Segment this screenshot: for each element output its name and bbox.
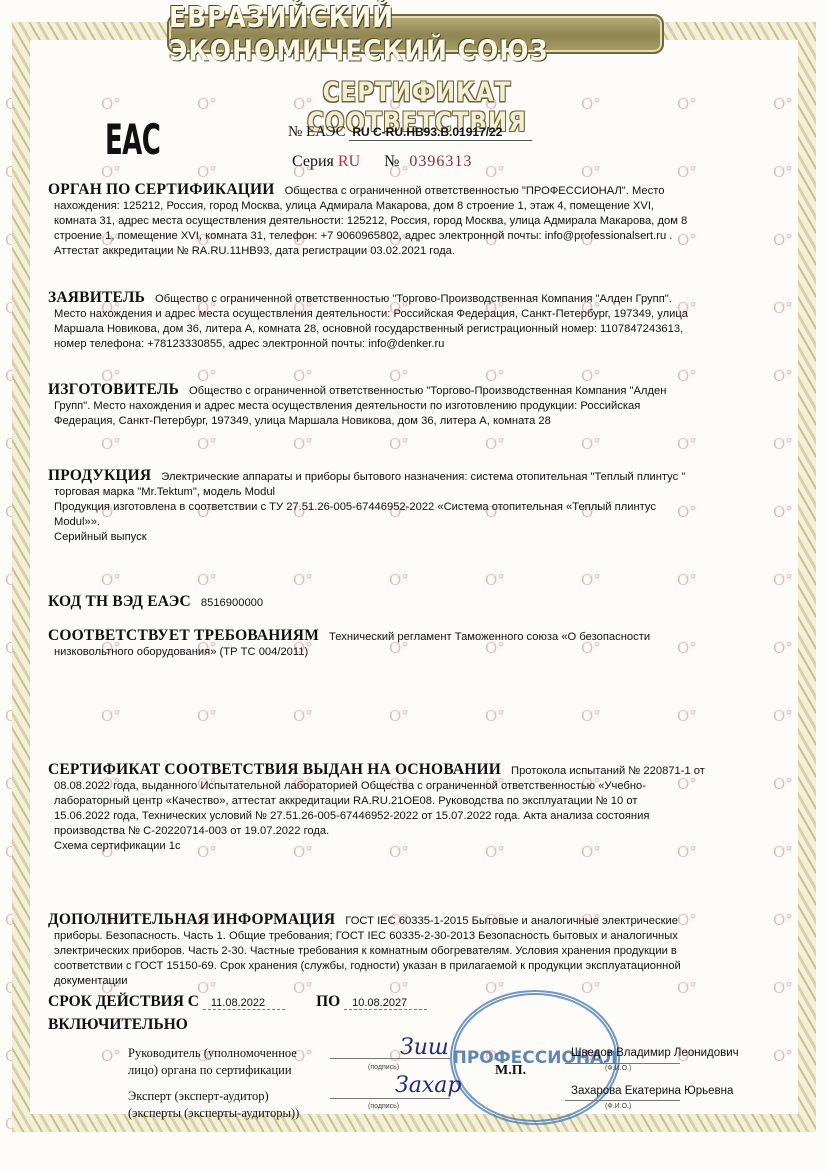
section-label: ИЗГОТОВИТЕЛЬ bbox=[48, 381, 179, 398]
section-label: ЗАЯВИТЕЛЬ bbox=[48, 289, 145, 306]
section-text: номер телефона: +78123330855, адрес элек… bbox=[48, 337, 790, 352]
section-certification-body: ОРГАН ПО СЕРТИФИКАЦИИОбщества с ограниче… bbox=[48, 182, 790, 259]
validity-to-date: 10.08.2027 bbox=[344, 997, 427, 1010]
head-label-line: Руководитель (уполномоченное bbox=[128, 1045, 297, 1062]
section-label: КОД ТН ВЭД ЕАЭС bbox=[48, 593, 191, 610]
head-signature: Зиш bbox=[400, 1035, 449, 1060]
registration-number: № ЕАЭС RU C-RU.НВ93.В.01917/22 bbox=[288, 124, 532, 141]
section-text: производства № С-20220714-003 от 19.07.2… bbox=[48, 824, 790, 839]
hs-code-value: 8516900000 bbox=[201, 597, 263, 609]
registration-prefix: № ЕАЭС bbox=[288, 124, 346, 140]
validity-period: СРОК ДЕЙСТВИЯ С 11.08.2022 ПО 10.08.2027… bbox=[48, 991, 427, 1035]
section-requirements: СООТВЕТСТВУЕТ ТРЕБОВАНИЯМТехнический рег… bbox=[48, 628, 790, 660]
section-text: Аттестат аккредитации № RA.RU.11НВ93, да… bbox=[48, 244, 790, 259]
registration-number-value: RU C-RU.НВ93.В.01917/22 bbox=[349, 125, 532, 141]
expert-label: Эксперт (эксперт-аудитор) (эксперты (экс… bbox=[128, 1088, 299, 1122]
section-text: Маршала Новикова, дом 36, литера А, комн… bbox=[48, 322, 790, 337]
section-text: Общества с ограниченной ответственностью… bbox=[285, 185, 665, 197]
section-text: Технический регламент Таможенного союза … bbox=[329, 631, 650, 643]
series-value: RU bbox=[338, 153, 360, 170]
section-label: ПРОДУКЦИЯ bbox=[48, 467, 151, 484]
section-text: нахождения: 125212, Россия, город Москва… bbox=[48, 199, 790, 214]
name-caption: (Ф.И.О.) bbox=[605, 1065, 631, 1072]
signature-caption: (подпись) bbox=[368, 1103, 399, 1110]
seal-label: М.П. bbox=[495, 1063, 526, 1079]
eac-mark-icon: EAC bbox=[105, 115, 160, 164]
section-hs-code: КОД ТН ВЭД ЕАЭС8516900000 bbox=[48, 594, 790, 611]
section-text: приборы. Безопасность. Часть 1. Общие тр… bbox=[48, 929, 790, 944]
section-additional-info: ДОПОЛНИТЕЛЬНАЯ ИНФОРМАЦИЯГОСТ IEC 60335-… bbox=[48, 912, 790, 989]
head-label: Руководитель (уполномоченное лицо) орган… bbox=[128, 1045, 297, 1079]
section-basis: СЕРТИФИКАТ СООТВЕТСТВИЯ ВЫДАН НА ОСНОВАН… bbox=[48, 762, 790, 854]
section-text: строение 1, помещение XVI, комната 31, т… bbox=[48, 229, 790, 244]
union-banner-text: ЕВРАЗИЙСКИЙ ЭКОНОМИЧЕСКИЙ СОЮЗ bbox=[169, 1, 662, 68]
section-text: Групп". Место нахождения и адрес места о… bbox=[48, 399, 790, 414]
section-text: лабораторный центр «Качество», аттестат … bbox=[48, 794, 790, 809]
section-text: Федерация, Санкт-Петербург, 197349, улиц… bbox=[48, 414, 790, 429]
section-text: 15.06.2022 года, Технических условий № 2… bbox=[48, 809, 790, 824]
section-text: Modul»». bbox=[48, 515, 790, 530]
head-name: Шведов Владимир Леонидович bbox=[571, 1047, 739, 1059]
expert-label-line: (эксперты (эксперты-аудиторы)) bbox=[128, 1105, 299, 1122]
head-label-line: лицо) органа по сертификации bbox=[128, 1062, 297, 1079]
section-label: ОРГАН ПО СЕРТИФИКАЦИИ bbox=[48, 181, 275, 198]
section-manufacturer: ИЗГОТОВИТЕЛЬОбщество с ограниченной отве… bbox=[48, 382, 790, 429]
union-banner: ЕВРАЗИЙСКИЙ ЭКОНОМИЧЕСКИЙ СОЮЗ bbox=[167, 14, 664, 54]
section-text: соответствии с ГОСТ 15150-69. Срок хране… bbox=[48, 959, 790, 974]
section-text: Серийный выпуск bbox=[48, 530, 790, 545]
expert-label-line: Эксперт (эксперт-аудитор) bbox=[128, 1088, 299, 1105]
section-label: ДОПОЛНИТЕЛЬНАЯ ИНФОРМАЦИЯ bbox=[48, 911, 335, 928]
form-number: 0396313 bbox=[409, 153, 472, 170]
section-text: Общество с ограниченной ответственностью… bbox=[155, 293, 672, 305]
section-applicant: ЗАЯВИТЕЛЬОбщество с ограниченной ответст… bbox=[48, 290, 790, 352]
validity-to-label: ПО bbox=[316, 993, 340, 1010]
section-text: торговая марка "Mr.Tektum", модель Modul bbox=[48, 485, 790, 500]
section-text: комната 31, адрес места осуществления де… bbox=[48, 214, 790, 229]
form-number-prefix: № bbox=[384, 153, 399, 170]
name-caption: (Ф.И.О.) bbox=[605, 1103, 631, 1110]
section-label: СЕРТИФИКАТ СООТВЕТСТВИЯ ВЫДАН НА ОСНОВАН… bbox=[48, 761, 501, 778]
section-product: ПРОДУКЦИЯЭлектрические аппараты и прибор… bbox=[48, 468, 790, 545]
section-text: Электрические аппараты и приборы бытовог… bbox=[161, 471, 685, 483]
section-text: Схема сертификации 1с bbox=[48, 839, 790, 854]
expert-name: Захарова Екатерина Юрьевна bbox=[571, 1085, 733, 1097]
signature-caption: (подпись) bbox=[368, 1064, 399, 1071]
expert-name-line bbox=[565, 1100, 680, 1101]
section-text: Протокола испытаний № 220871-1 от bbox=[511, 765, 705, 777]
expert-signature-line bbox=[330, 1098, 450, 1099]
series-label: Серия bbox=[292, 153, 334, 170]
section-text: 08.08.2022 года, выданного Испытательной… bbox=[48, 779, 790, 794]
section-text: Продукция изготовлена в соответствии с Т… bbox=[48, 500, 790, 515]
head-name-line bbox=[565, 1063, 680, 1064]
expert-signature: Захар bbox=[395, 1073, 461, 1098]
section-text: электрических приборов. Часть 2-30. Част… bbox=[48, 944, 790, 959]
section-text: низковольтного оборудования» (ТР ТС 004/… bbox=[48, 645, 790, 660]
form-series: Серия RU № 0396313 bbox=[292, 153, 472, 171]
validity-from-label: СРОК ДЕЙСТВИЯ С bbox=[48, 993, 199, 1010]
validity-from-date: 11.08.2022 bbox=[203, 997, 285, 1010]
section-text: ГОСТ IEC 60335-1-2015 Бытовые и аналогич… bbox=[345, 915, 678, 927]
validity-inclusive: ВКЛЮЧИТЕЛЬНО bbox=[48, 1014, 427, 1035]
section-text: Общество с ограниченной ответственностью… bbox=[189, 385, 666, 397]
section-label: СООТВЕТСТВУЕТ ТРЕБОВАНИЯМ bbox=[48, 627, 319, 644]
section-text: Место нахождения и адрес места осуществл… bbox=[48, 307, 790, 322]
section-text: документации bbox=[48, 974, 790, 989]
